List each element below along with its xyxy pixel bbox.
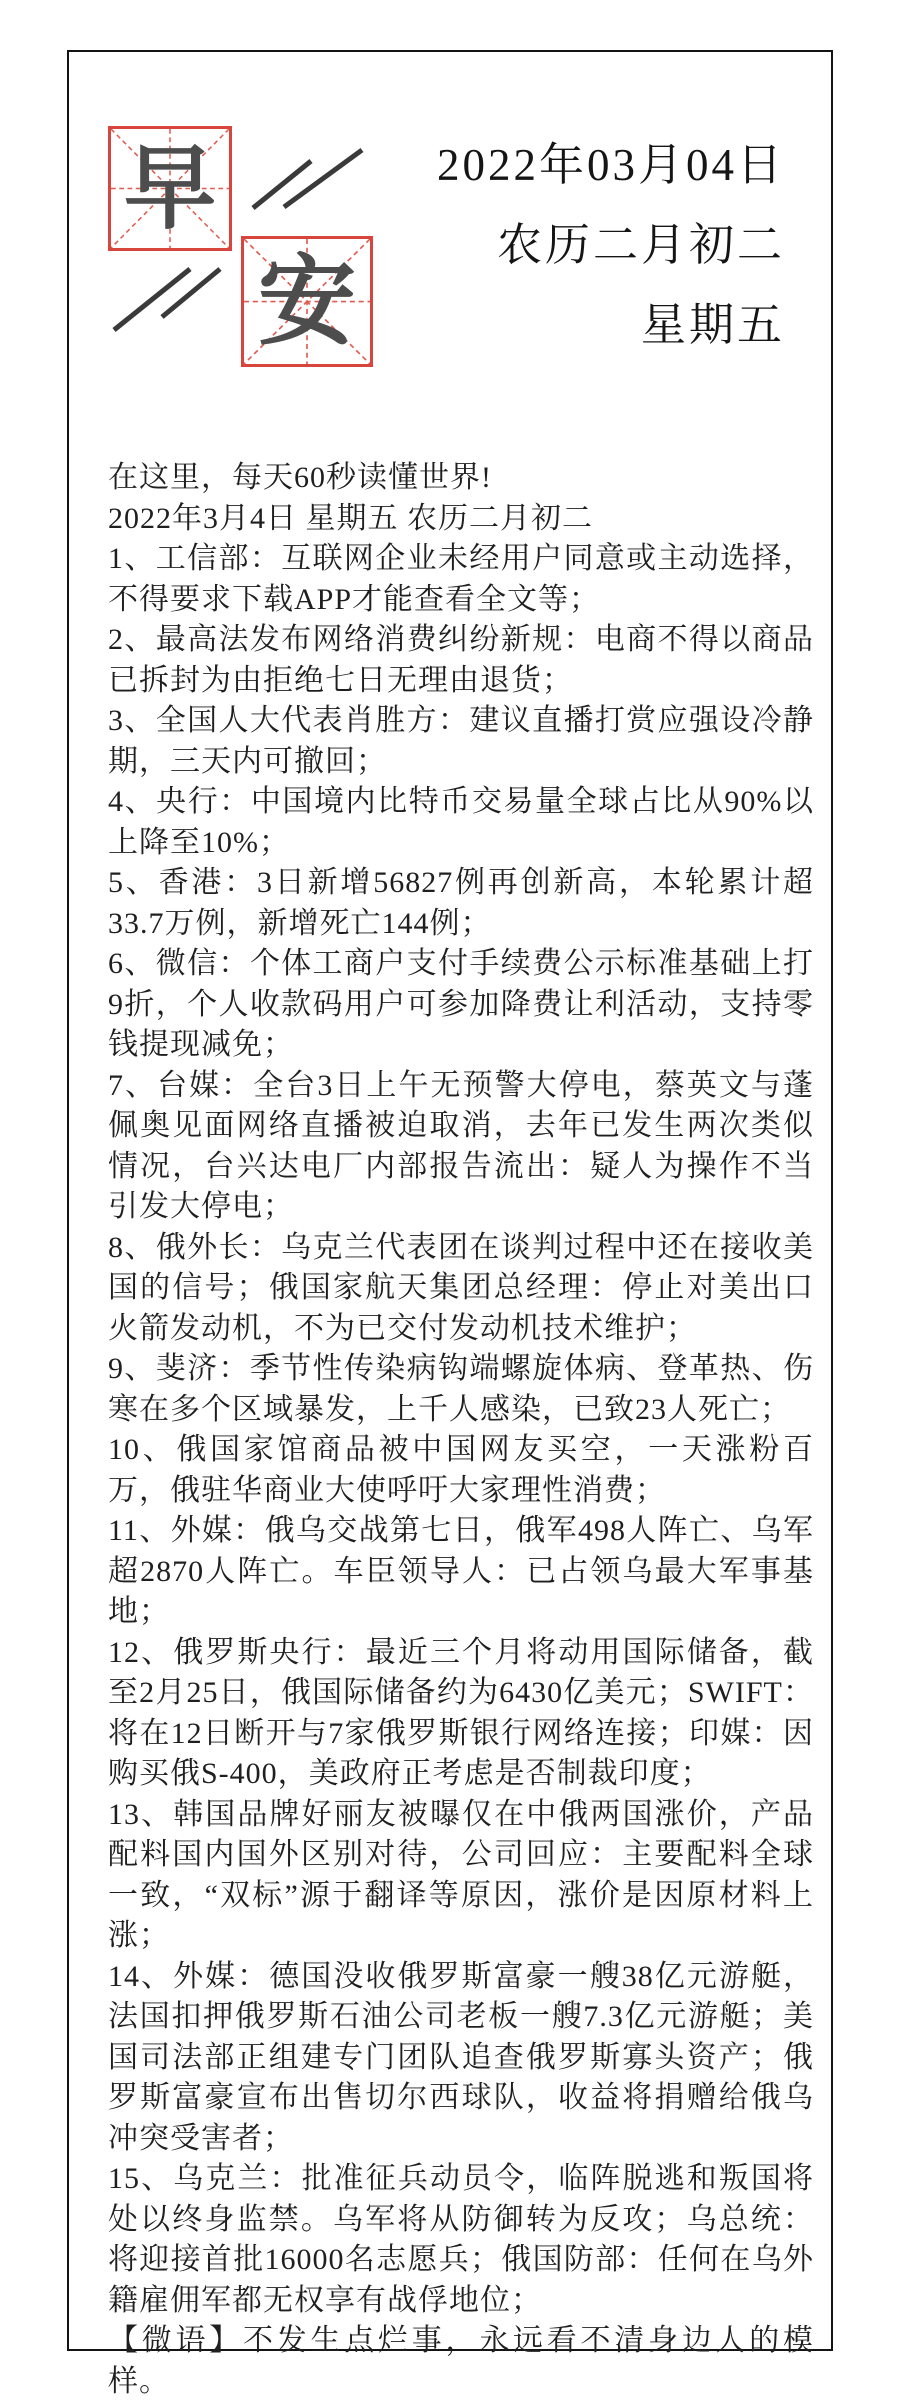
news-item-8: 8、俄外长：乌克兰代表团在谈判过程中还在接收美国的信号；俄国家航天集团总经理：停… bbox=[108, 1228, 814, 1350]
morning-news-poster: 早 安 2022年03月04日 农历二月初二 星期五 在 bbox=[0, 0, 900, 2400]
news-item-14: 14、外媒：德国没收俄罗斯富豪一艘38亿元游艇，法国扣押俄罗斯石油公司老板一艘7… bbox=[108, 1957, 814, 2160]
news-item-10: 10、俄国家馆商品被中国网友买空，一天涨粉百万，俄驻华商业大使呼吁大家理性消费； bbox=[108, 1430, 814, 1511]
news-item-6: 6、微信：个体工商户支付手续费公示标准基础上打9折，个人收款码用户可参加降费让利… bbox=[108, 944, 814, 1066]
news-item-1: 1、工信部：互联网企业未经用户同意或主动选择，不得要求下载APP才能查看全文等； bbox=[108, 539, 814, 620]
news-item-13: 13、韩国品牌好丽友被曝仅在中俄两国涨价，产品配料国内国外区别对待，公司回应：主… bbox=[108, 1795, 814, 1957]
closing-quote: 【微语】不发生点烂事，永远看不清身边人的模样。 bbox=[108, 2321, 814, 2400]
news-item-7: 7、台媒：全台3日上午无预警大停电，蔡英文与蓬佩奥见面网络直播被迫取消，去年已发… bbox=[108, 1066, 814, 1228]
date-header-line: 2022年3月4日 星期五 农历二月初二 bbox=[108, 499, 814, 540]
news-body: 在这里，每天60秒读懂世界! 2022年3月4日 星期五 农历二月初二 1、工信… bbox=[108, 458, 814, 2400]
solar-date-text: 2022年03月04日 bbox=[437, 125, 785, 205]
news-item-9: 9、斐济：季节性传染病钩端螺旋体病、登革热、伤寒在多个区域暴发，上千人感染，已致… bbox=[108, 1349, 814, 1430]
intro-line: 在这里，每天60秒读懂世界! bbox=[108, 458, 814, 499]
slash-marks-icon bbox=[69, 52, 409, 372]
news-item-5: 5、香港：3日新增56827例再创新高，本轮累计超33.7万例，新增死亡144例… bbox=[108, 863, 814, 944]
news-item-12: 12、俄罗斯央行：最近三个月将动用国际储备，截至2月25日，俄国际储备约为643… bbox=[108, 1633, 814, 1795]
date-block: 2022年03月04日 农历二月初二 星期五 bbox=[437, 125, 785, 365]
news-item-11: 11、外媒：俄乌交战第七日，俄军498人阵亡、乌军超2870人阵亡。车臣领导人：… bbox=[108, 1511, 814, 1633]
weekday-text: 星期五 bbox=[437, 285, 785, 365]
news-item-4: 4、央行：中国境内比特币交易量全球占比从90%以上降至10%； bbox=[108, 782, 814, 863]
poster-border-frame: 早 安 2022年03月04日 农历二月初二 星期五 在 bbox=[67, 50, 833, 2351]
news-item-3: 3、全国人大代表肖胜方：建议直播打赏应强设冷静期，三天内可撤回； bbox=[108, 701, 814, 782]
news-item-15: 15、乌克兰：批准征兵动员令，临阵脱逃和叛国将处以终身监禁。乌军将从防御转为反攻… bbox=[108, 2159, 814, 2321]
lunar-date-text: 农历二月初二 bbox=[437, 205, 785, 285]
news-item-2: 2、最高法发布网络消费纠纷新规：电商不得以商品已拆封为由拒绝七日无理由退货； bbox=[108, 620, 814, 701]
